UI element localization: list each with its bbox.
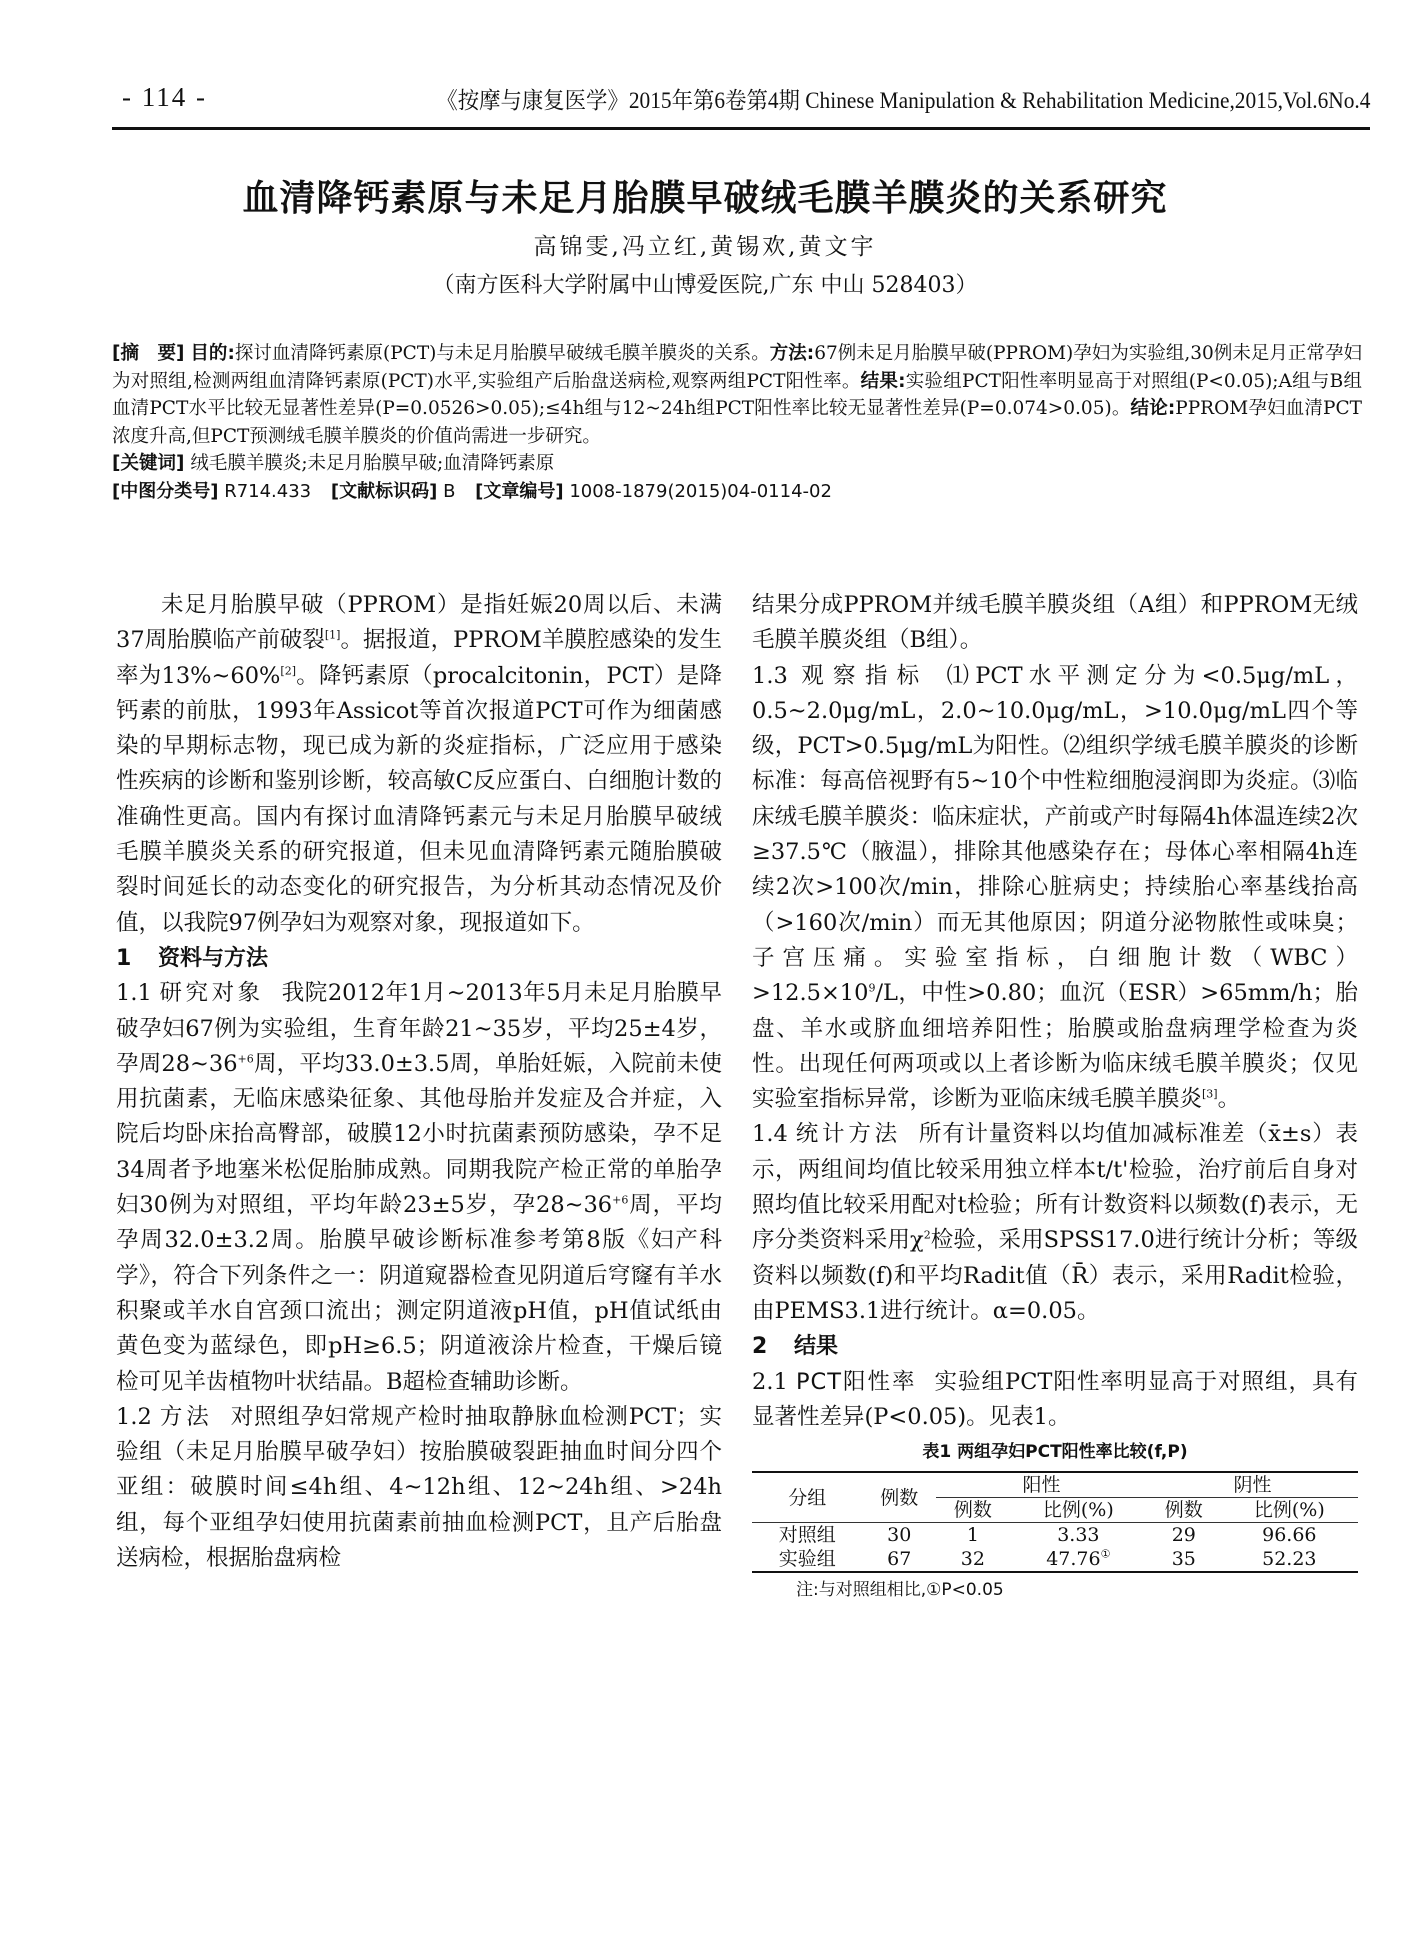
abstract-label: [摘 要]: [112, 343, 185, 364]
page-number: - 114 -: [122, 82, 207, 113]
section-heading: 2结果: [752, 1329, 1358, 1364]
section-number: 2: [752, 1329, 794, 1364]
citation-ref: [1]: [325, 629, 341, 642]
objective-label: 目的:: [190, 343, 234, 364]
abstract: [摘 要] 目的:探讨血清降钙素原(PCT)与未足月胎膜早破绒毛膜羊膜炎的关系。…: [112, 340, 1362, 450]
cell-neg-n: 35: [1147, 1547, 1221, 1572]
subsection-1-3: 1.3 观察指标⑴PCT水平测定分为<0.5μg/mL，0.5~2.0μg/mL…: [752, 659, 1358, 1118]
article-title: 血清降钙素原与未足月胎膜早破绒毛膜羊膜炎的关系研究: [0, 170, 1410, 221]
citation-ref: [3]: [1202, 1088, 1218, 1101]
doc-code-label: [文献标识码]: [331, 481, 437, 502]
cell-group: 实验组: [752, 1547, 862, 1572]
right-column: 结果分成PPROM并绒毛膜羊膜炎组（A组）和PPROM无绒毛膜羊膜炎组（B组）。…: [752, 588, 1358, 1607]
cell-neg-pct: 96.66: [1221, 1523, 1358, 1548]
section-number: 1: [116, 941, 158, 976]
doc-code-value: B: [443, 481, 455, 502]
subsection-1-2: 1.2 方法对照组孕妇常规产检时抽取静脉血检测PCT；实验组（未足月胎膜早破孕妇…: [116, 1400, 722, 1576]
header-pos-ratio: 比例(%): [1010, 1498, 1147, 1523]
subsection-number: 1.2: [116, 1404, 152, 1430]
value: 47.76: [1046, 1548, 1100, 1570]
authors: 高锦雯,冯立红,黄锡欢,黄文宇: [0, 228, 1410, 261]
running-head: - 114 - 《按摩与康复医学》2015年第6卷第4期 Chinese Man…: [112, 82, 1370, 116]
paragraph-text: ⑴PCT水平测定分为<0.5μg/mL，0.5~2.0μg/mL，2.0~10.…: [752, 663, 1358, 1007]
keywords-value: 绒毛膜羊膜炎;未足月胎膜早破;血清降钙素原: [190, 453, 554, 474]
header-cases: 例数: [862, 1472, 936, 1523]
header-positive: 阳性: [936, 1472, 1147, 1498]
left-column: 未足月胎膜早破（PPROM）是指妊娠20周以后、未满37周胎膜临产前破裂[1]。…: [116, 588, 722, 1576]
table-row: 对照组 30 1 3.33 29 96.66: [752, 1523, 1358, 1548]
intro-text: 。降钙素原（procalcitonin，PCT）是降钙素的前肽，1993年Ass…: [116, 663, 722, 936]
subsection-title: 方法: [160, 1404, 213, 1430]
cell-neg-n: 29: [1147, 1523, 1221, 1548]
methods-label: 方法:: [770, 343, 814, 364]
value: 3.33: [1057, 1524, 1099, 1546]
subsection-title: PCT阳性率: [796, 1369, 917, 1395]
subsection-number: 1.3: [752, 663, 788, 689]
subsection-title: 观察指标: [801, 663, 928, 689]
significance-mark: ①: [1101, 1548, 1111, 1561]
subsection-number: 1.1: [116, 980, 152, 1006]
affiliation: （南方医科大学附属中山博爱医院,广东 中山 528403）: [0, 268, 1410, 299]
cell-pos-n: 32: [936, 1547, 1010, 1572]
intro-paragraph: 未足月胎膜早破（PPROM）是指妊娠20周以后、未满37周胎膜临产前破裂[1]。…: [116, 588, 722, 941]
subsection-title: 统计方法: [796, 1121, 901, 1147]
citation-ref: [2]: [280, 664, 296, 677]
results-label: 结果:: [861, 371, 906, 392]
objective-text: 探讨血清降钙素原(PCT)与未足月胎膜早破绒毛膜羊膜炎的关系。: [235, 343, 770, 364]
section-title: 结果: [794, 1334, 838, 1359]
cell-cases: 67: [862, 1547, 936, 1572]
cell-group: 对照组: [752, 1523, 862, 1548]
pct-positive-rate-table: 分组 例数 阳性 阴性 例数 比例(%) 例数 比例(%) 对照组 30 1 3…: [752, 1471, 1358, 1573]
section-title: 资料与方法: [158, 946, 268, 971]
subsection-1-4: 1.4 统计方法所有计量资料以均值加减标准差（x̄±s）表示，两组间均值比较采用…: [752, 1117, 1358, 1329]
cell-neg-pct: 52.23: [1221, 1547, 1358, 1572]
cell-pos-pct: 47.76①: [1010, 1547, 1147, 1572]
journal-citation: 《按摩与康复医学》2015年第6卷第4期 Chinese Manipulatio…: [436, 82, 1370, 115]
cell-pos-n: 1: [936, 1523, 1010, 1548]
table-row: 实验组 67 32 47.76① 35 52.23: [752, 1547, 1358, 1572]
paragraph-text: 。: [1218, 1086, 1241, 1112]
subsection-number: 2.1: [752, 1369, 788, 1395]
subsection-1-2-continued: 结果分成PPROM并绒毛膜羊膜炎组（A组）和PPROM无绒毛膜羊膜炎组（B组）。: [752, 588, 1358, 659]
article-no-label: [文章编号]: [475, 481, 563, 502]
header-neg-ratio: 比例(%): [1221, 1498, 1358, 1523]
table-note: 注:与对照组相比,①P<0.05: [752, 1573, 1358, 1607]
header-group: 分组: [752, 1472, 862, 1523]
header-rule: [112, 127, 1370, 130]
header-negative: 阴性: [1147, 1472, 1358, 1498]
section-heading: 1资料与方法: [116, 941, 722, 976]
classification-line: [中图分类号] R714.433 [文献标识码] B [文章编号] 1008-1…: [112, 478, 1362, 506]
clc-label: [中图分类号]: [112, 481, 218, 502]
keywords: [关键词] 绒毛膜羊膜炎;未足月胎膜早破;血清降钙素原: [112, 450, 1362, 478]
article-no-value: 1008-1879(2015)04-0114-02: [569, 481, 832, 502]
keywords-label: [关键词]: [112, 453, 184, 474]
table-caption: 表1 两组孕妇PCT阳性率比较(f,P): [752, 1437, 1358, 1467]
header-pos-cases: 例数: [936, 1498, 1010, 1523]
clc-value: R714.433: [224, 481, 311, 502]
cell-cases: 30: [862, 1523, 936, 1548]
subsection-2-1: 2.1 PCT阳性率实验组PCT阳性率明显高于对照组，具有显著性差异(P<0.0…: [752, 1365, 1358, 1436]
header-neg-cases: 例数: [1147, 1498, 1221, 1523]
paragraph-text: 结果分成PPROM并绒毛膜羊膜炎组（A组）和PPROM无绒毛膜羊膜炎组（B组）。: [752, 592, 1358, 653]
superscript: +6: [238, 1052, 254, 1065]
conclusion-label: 结论:: [1131, 398, 1176, 419]
abstract-block: [摘 要] 目的:探讨血清降钙素原(PCT)与未足月胎膜早破绒毛膜羊膜炎的关系。…: [112, 340, 1362, 505]
subsection-title: 研究对象: [160, 980, 264, 1006]
subsection-number: 1.4: [752, 1121, 788, 1147]
superscript: 2: [924, 1229, 931, 1242]
superscript: +6: [612, 1194, 628, 1207]
subsection-1-1: 1.1 研究对象我院2012年1月~2013年5月未足月胎膜早破孕妇67例为实验…: [116, 976, 722, 1400]
paragraph-text: 周，平均孕周32.0±3.2周。胎膜早破诊断标准参考第8版《妇产科学》，符合下列…: [116, 1192, 722, 1394]
cell-pos-pct: 3.33: [1010, 1523, 1147, 1548]
